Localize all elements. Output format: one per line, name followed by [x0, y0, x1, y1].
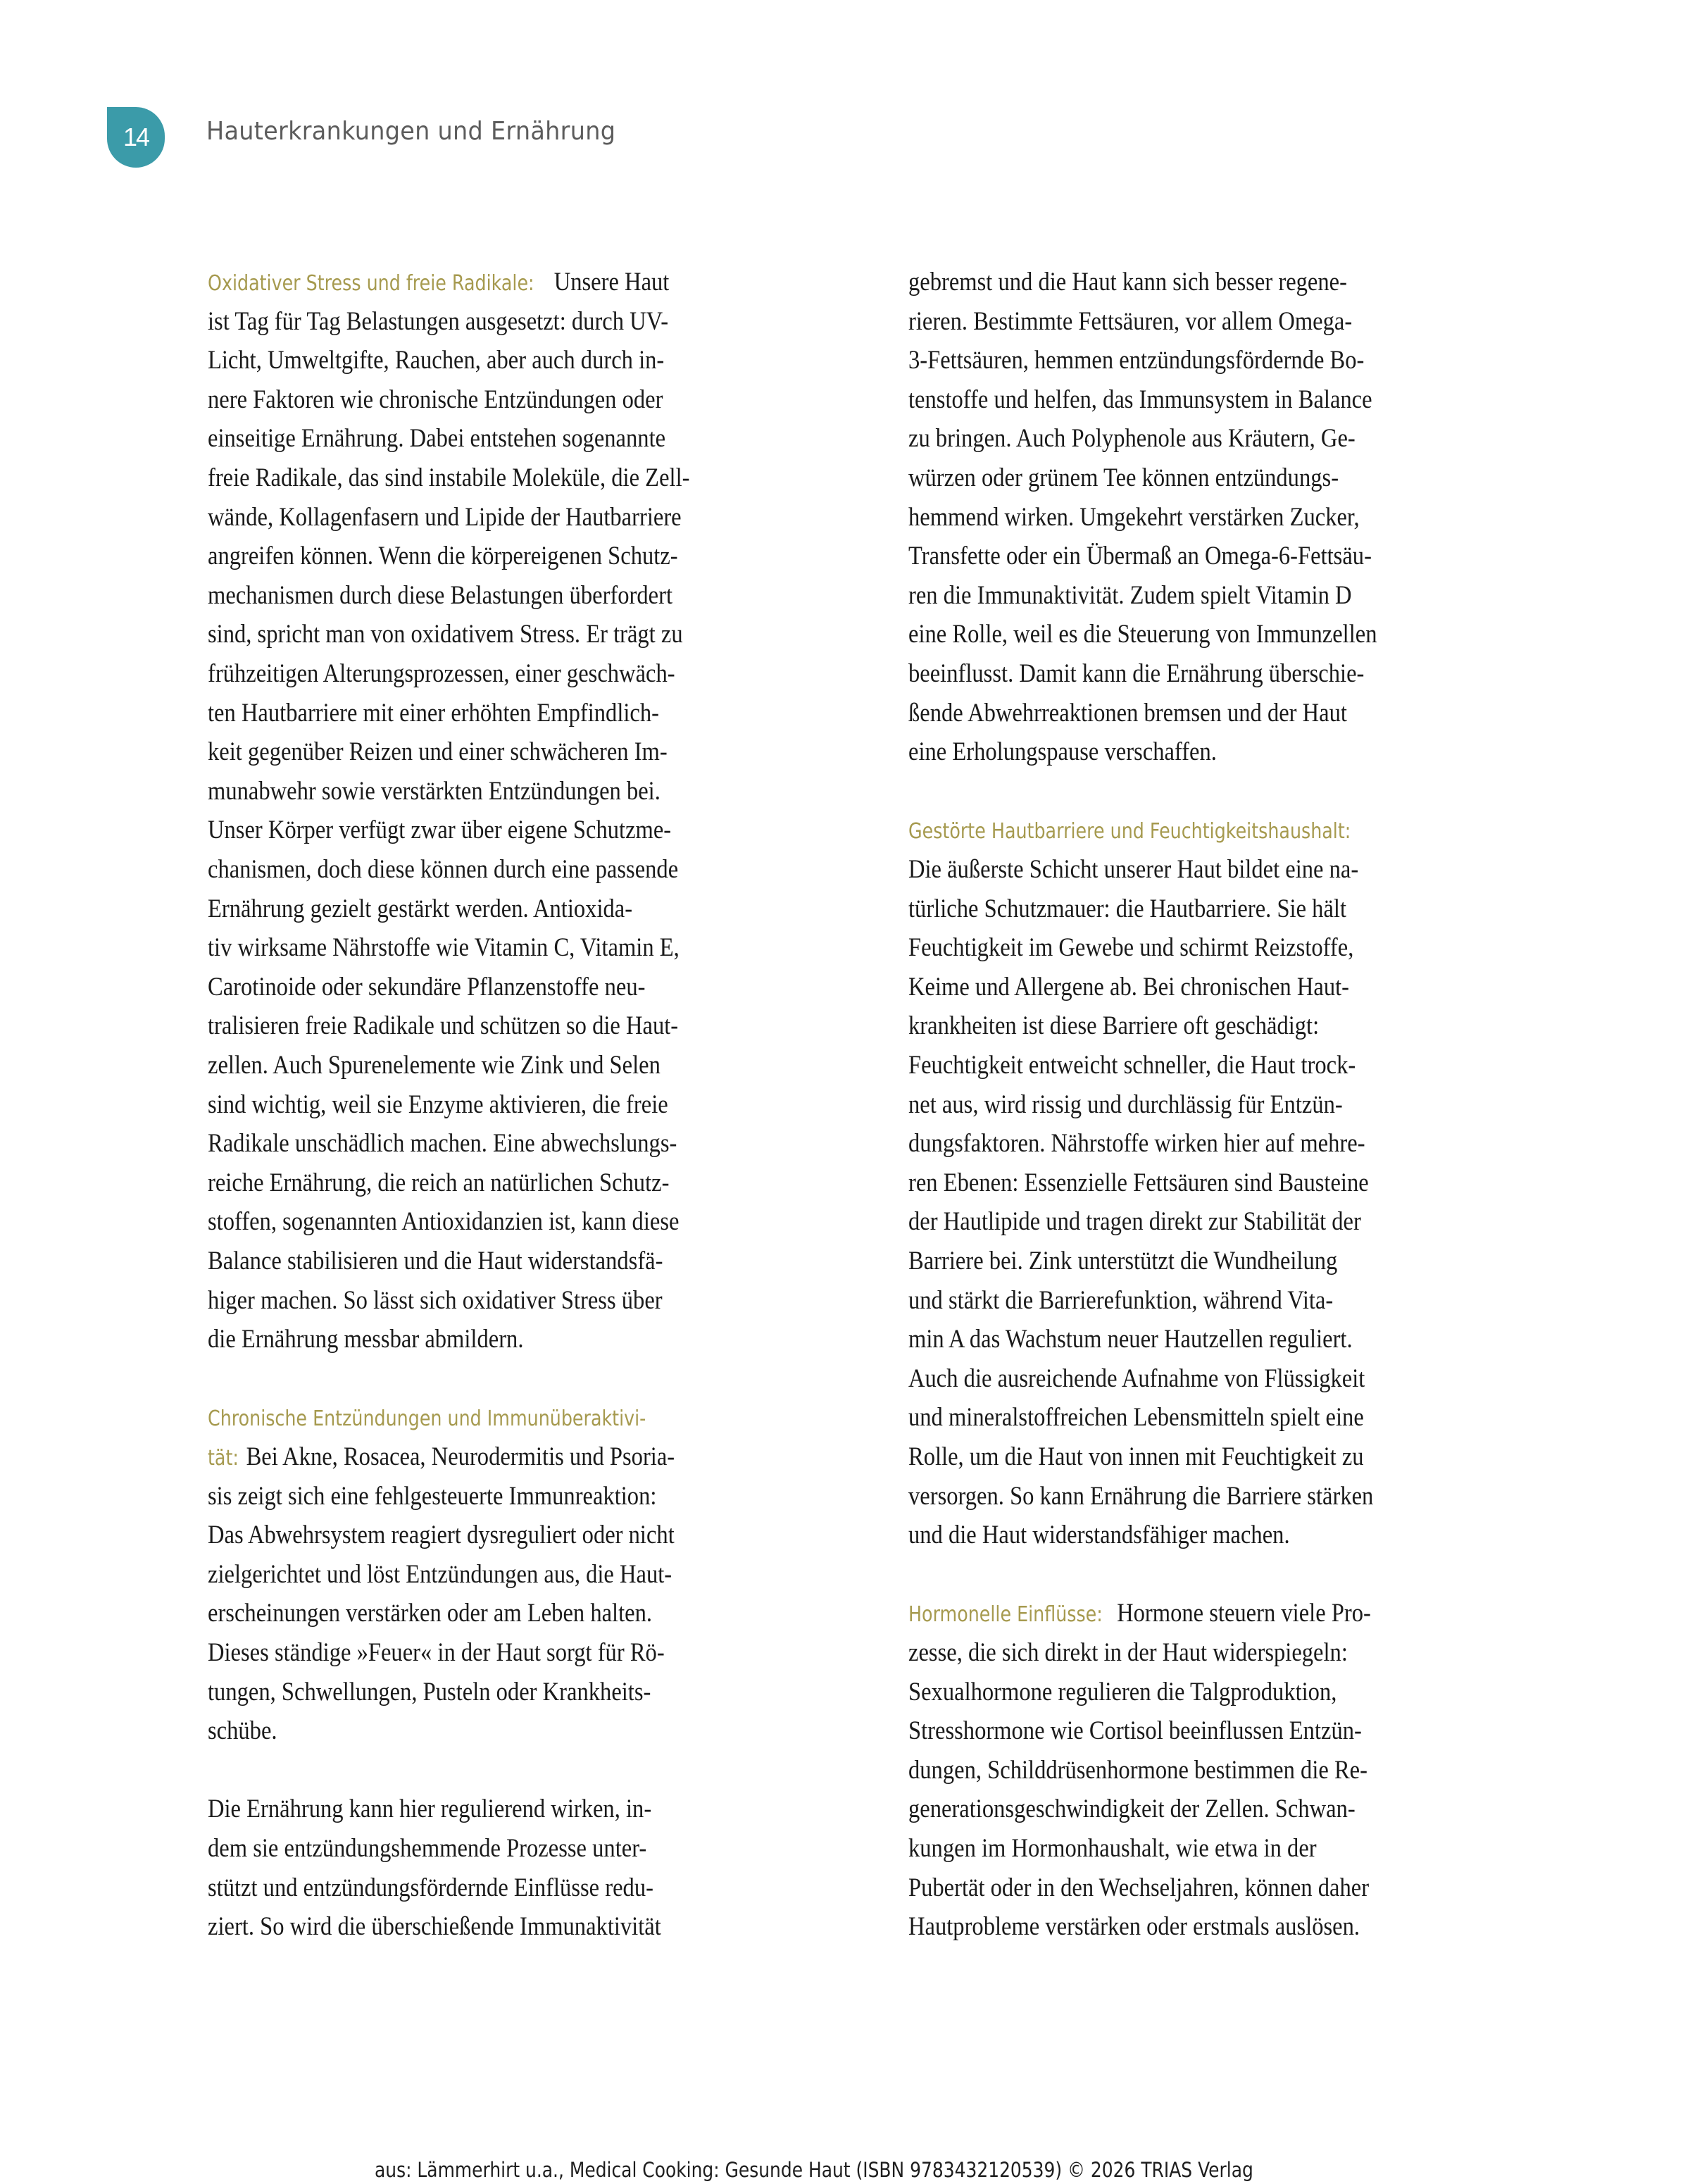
body-text: die Ernährung messbar abmildern.	[208, 1325, 523, 1354]
body-text-line: gebremst und die Haut kann sich besser r…	[908, 268, 1347, 297]
body-text: sind wichtig, weil sie Enzyme aktivieren…	[208, 1090, 668, 1119]
body-text: eine Erholungspause verschaffen.	[908, 737, 1217, 766]
body-text: Dieses ständige »Feuer« in der Haut sorg…	[208, 1638, 665, 1667]
body-text-line: Balance stabilisieren und die Haut wider…	[208, 1247, 663, 1275]
body-text-line: sis zeigt sich eine fehlgesteuerte Immun…	[208, 1483, 656, 1511]
body-text-line: tenstoffe und helfen, das Immunsystem in…	[908, 386, 1372, 414]
body-text-line: würzen oder grünem Tee können entzündung…	[908, 464, 1339, 492]
body-text-line: Die Ernährung kann hier regulierend wirk…	[208, 1795, 651, 1823]
body-text-line: keit gegenüber Reizen und einer schwäche…	[208, 738, 668, 766]
body-text: schübe.	[208, 1716, 277, 1745]
body-text: stützt und entzündungsfördernde Einflüss…	[208, 1873, 653, 1902]
body-text-line: türliche Schutzmauer: die Hautbarriere. …	[908, 895, 1346, 923]
section-heading-line: Oxidativer Stress und freie Radikale:Uns…	[208, 268, 669, 298]
body-text: Carotinoide oder sekundäre Pflanzenstoff…	[208, 973, 645, 1001]
body-text: zesse, die sich direkt in der Haut wider…	[908, 1638, 1348, 1667]
body-text: tiv wirksame Nährstoffe wie Vitamin C, V…	[208, 933, 680, 962]
body-text-line: frühzeitigen Alterungsprozessen, einer g…	[208, 660, 675, 688]
body-text: sind, spricht man von oxidativem Stress.…	[208, 620, 683, 649]
body-text-line: der Hautlipide und tragen direkt zur Sta…	[908, 1208, 1361, 1236]
body-text: higer machen. So lässt sich oxidativer S…	[208, 1286, 663, 1315]
body-text: dem sie entzündungshemmende Prozesse unt…	[208, 1834, 646, 1863]
body-text: Unser Körper verfügt zwar über eigene Sc…	[208, 816, 671, 844]
body-text: Feuchtigkeit im Gewebe und schirmt Reizs…	[908, 933, 1353, 962]
body-text-line: eine Rolle, weil es die Steuerung von Im…	[908, 620, 1377, 649]
body-text: beeinflusst. Damit kann die Ernährung üb…	[908, 659, 1364, 688]
body-text: nere Faktoren wie chronische Entzündunge…	[208, 385, 663, 414]
body-text-line: generationsgeschwindigkeit der Zellen. S…	[908, 1795, 1356, 1823]
body-text-line: Die äußerste Schicht unserer Haut bildet…	[908, 856, 1358, 884]
body-text-line: higer machen. So lässt sich oxidativer S…	[208, 1287, 663, 1315]
section-heading: Hormonelle Einflüsse:	[908, 1601, 1103, 1629]
body-text-line: versorgen. So kann Ernährung die Barrier…	[908, 1483, 1373, 1511]
body-text-line: Feuchtigkeit entweicht schneller, die Ha…	[908, 1052, 1356, 1080]
body-text-line: zu bringen. Auch Polyphenole aus Kräuter…	[908, 425, 1356, 453]
body-text-line: hemmend wirken. Umgekehrt verstärken Zuc…	[908, 504, 1360, 532]
body-text-line: rieren. Bestimmte Fettsäuren, vor allem …	[908, 308, 1352, 336]
body-text: min A das Wachstum neuer Hautzellen regu…	[908, 1325, 1353, 1354]
body-text: Transfette oder ein Übermaß an Omega-6-F…	[908, 542, 1372, 570]
section-heading: Chronische Entzündungen und Immunüberakt…	[208, 1405, 646, 1433]
body-text: reiche Ernährung, die reich an natürlich…	[208, 1168, 669, 1197]
body-text: Rolle, um die Haut von innen mit Feuchti…	[908, 1442, 1364, 1471]
body-text: rieren. Bestimmte Fettsäuren, vor allem …	[908, 307, 1352, 336]
body-text: ten Hautbarriere mit einer erhöhten Empf…	[208, 699, 659, 728]
body-text-line: krankheiten ist diese Barriere oft gesch…	[908, 1012, 1319, 1040]
body-text-line: zielgerichtet und löst Entzündungen aus,…	[208, 1561, 672, 1589]
section-heading-line: Hormonelle Einflüsse:Hormone steuern vie…	[908, 1599, 1371, 1629]
body-text: Unsere Haut	[554, 268, 670, 297]
body-text: zellen. Auch Spurenelemente wie Zink und…	[208, 1051, 661, 1080]
body-text-line: dungen, Schilddrüsenhormone bestimmen di…	[908, 1756, 1367, 1785]
body-text: wände, Kollagenfasern und Lipide der Hau…	[208, 503, 682, 532]
section-heading-line: Chronische Entzündungen und Immunüberakt…	[208, 1404, 670, 1433]
body-text: Die Ernährung kann hier regulierend wirk…	[208, 1795, 651, 1823]
body-text-line: eine Erholungspause verschaffen.	[908, 738, 1217, 766]
section-heading: Gestörte Hautbarriere und Feuchtigkeitsh…	[908, 818, 1351, 846]
body-text-line: chanismen, doch diese können durch eine …	[208, 856, 678, 884]
body-text-line: die Ernährung messbar abmildern.	[208, 1325, 523, 1354]
body-text-line: Transfette oder ein Übermaß an Omega-6-F…	[908, 542, 1372, 570]
running-head-title: Hauterkrankungen und Ernährung	[206, 117, 615, 146]
body-text-line: Das Abwehrsystem reagiert dysreguliert o…	[208, 1521, 675, 1549]
body-text: Das Abwehrsystem reagiert dysreguliert o…	[208, 1521, 675, 1549]
body-text: ren Ebenen: Essenzielle Fettsäuren sind …	[908, 1168, 1369, 1197]
section-heading: Oxidativer Stress und freie Radikale:	[208, 270, 534, 298]
body-text: eine Rolle, weil es die Steuerung von Im…	[908, 620, 1377, 649]
body-text: tungen, Schwellungen, Pusteln oder Krank…	[208, 1678, 651, 1706]
body-text: angreifen können. Wenn die körpereigenen…	[208, 542, 678, 570]
body-text: Die äußerste Schicht unserer Haut bildet…	[908, 855, 1358, 884]
body-text: tenstoffe und helfen, das Immunsystem in…	[908, 385, 1372, 414]
body-text-line: ren Ebenen: Essenzielle Fettsäuren sind …	[908, 1169, 1369, 1197]
body-text-line: schübe.	[208, 1717, 277, 1745]
body-text-line: Rolle, um die Haut von innen mit Feuchti…	[908, 1443, 1364, 1471]
body-text: Hautprobleme verstärken oder erstmals au…	[908, 1912, 1360, 1941]
body-text: türliche Schutzmauer: die Hautbarriere. …	[908, 894, 1346, 923]
body-text-line: 3-Fettsäuren, hemmen entzündungsfördernd…	[908, 347, 1364, 375]
body-text: generationsgeschwindigkeit der Zellen. S…	[908, 1795, 1356, 1823]
body-text: Barriere bei. Zink unterstützt die Wundh…	[908, 1247, 1337, 1275]
body-text-line: beeinflusst. Damit kann die Ernährung üb…	[908, 660, 1364, 688]
body-text-line: reiche Ernährung, die reich an natürlich…	[208, 1169, 669, 1197]
body-text-line: und stärkt die Barrierefunktion, während…	[908, 1287, 1333, 1315]
section-heading: tät:	[208, 1444, 239, 1473]
source-citation-footer: aus: Lämmerhirt u.a., Medical Cooking: G…	[375, 2158, 1253, 2182]
body-text-line: sind, spricht man von oxidativem Stress.…	[208, 620, 683, 649]
body-text-line: dungsfaktoren. Nährstoffe wirken hier au…	[908, 1130, 1365, 1158]
body-text: krankheiten ist diese Barriere oft gesch…	[908, 1011, 1319, 1040]
body-text: dungen, Schilddrüsenhormone bestimmen di…	[908, 1756, 1367, 1785]
body-text-line: einseitige Ernährung. Dabei entstehen so…	[208, 425, 665, 453]
body-text-line: min A das Wachstum neuer Hautzellen regu…	[908, 1325, 1353, 1354]
body-text: Ernährung gezielt gestärkt werden. Antio…	[208, 894, 632, 923]
body-text-line: Carotinoide oder sekundäre Pflanzenstoff…	[208, 973, 645, 1001]
body-text: ren die Immunaktivität. Zudem spielt Vit…	[908, 581, 1352, 610]
body-text: stoffen, sogenannten Antioxidanzien ist,…	[208, 1207, 679, 1236]
body-text-line: Hautprobleme verstärken oder erstmals au…	[908, 1913, 1360, 1941]
body-text: freie Radikale, das sind instabile Molek…	[208, 463, 689, 492]
body-text: hemmend wirken. Umgekehrt verstärken Zuc…	[908, 503, 1360, 532]
body-text: Radikale unschädlich machen. Eine abwech…	[208, 1129, 677, 1158]
body-text: und die Haut widerstandsfähiger machen.	[908, 1521, 1290, 1549]
body-text: Balance stabilisieren und die Haut wider…	[208, 1247, 663, 1275]
body-text: ßende Abwehrreaktionen bremsen und der H…	[908, 699, 1347, 728]
body-text: Bei Akne, Rosacea, Neurodermitis und Pso…	[246, 1442, 675, 1471]
body-text: chanismen, doch diese können durch eine …	[208, 855, 678, 884]
body-text-line: Sexualhormone regulieren die Talgprodukt…	[908, 1678, 1337, 1706]
body-text: und stärkt die Barrierefunktion, während…	[908, 1286, 1333, 1315]
body-text-line: Pubertät oder in den Wechseljahren, könn…	[908, 1874, 1369, 1902]
body-text: Stresshormone wie Cortisol beeinflussen …	[908, 1716, 1362, 1745]
body-text-line: ten Hautbarriere mit einer erhöhten Empf…	[208, 699, 659, 728]
body-text-line: angreifen können. Wenn die körpereigenen…	[208, 542, 678, 570]
body-text-line: tralisieren freie Radikale und schützen …	[208, 1012, 678, 1040]
body-text: 3-Fettsäuren, hemmen entzündungsfördernd…	[908, 346, 1364, 375]
body-text: net aus, wird rissig und durchlässig für…	[908, 1090, 1343, 1119]
body-text: versorgen. So kann Ernährung die Barrier…	[908, 1482, 1373, 1511]
body-text: kungen im Hormonhaushalt, wie etwa in de…	[908, 1834, 1317, 1863]
body-text-line: Keime und Allergene ab. Bei chronischen …	[908, 973, 1349, 1001]
body-text: keit gegenüber Reizen und einer schwäche…	[208, 737, 668, 766]
body-text-line: dem sie entzündungshemmende Prozesse unt…	[208, 1835, 646, 1863]
body-text-line: wände, Kollagenfasern und Lipide der Hau…	[208, 504, 682, 532]
section-heading-line: Gestörte Hautbarriere und Feuchtigkeitsh…	[908, 816, 1375, 846]
body-text: würzen oder grünem Tee können entzündung…	[908, 463, 1339, 492]
body-text-line: Radikale unschädlich machen. Eine abwech…	[208, 1130, 677, 1158]
body-text-line: Barriere bei. Zink unterstützt die Wundh…	[908, 1247, 1337, 1275]
body-text-line: zesse, die sich direkt in der Haut wider…	[908, 1639, 1348, 1667]
body-text-line: sind wichtig, weil sie Enzyme aktivieren…	[208, 1091, 668, 1119]
page-number-badge: 14	[107, 107, 165, 168]
body-text: erscheinungen verstärken oder am Leben h…	[208, 1599, 652, 1628]
body-text-line: Feuchtigkeit im Gewebe und schirmt Reizs…	[908, 934, 1353, 962]
body-text: tralisieren freie Radikale und schützen …	[208, 1011, 678, 1040]
body-text: einseitige Ernährung. Dabei entstehen so…	[208, 424, 665, 453]
body-text-line: Licht, Umweltgifte, Rauchen, aber auch d…	[208, 347, 664, 375]
body-text: zielgerichtet und löst Entzündungen aus,…	[208, 1560, 672, 1589]
body-text-line: Auch die ausreichende Aufnahme von Flüss…	[908, 1365, 1365, 1393]
body-text: Licht, Umweltgifte, Rauchen, aber auch d…	[208, 346, 664, 375]
body-text-line: tiv wirksame Nährstoffe wie Vitamin C, V…	[208, 934, 680, 962]
body-text-line: ren die Immunaktivität. Zudem spielt Vit…	[908, 582, 1352, 610]
body-text: und mineralstoffreichen Lebensmitteln sp…	[908, 1403, 1364, 1432]
body-text-line: ziert. So wird die überschießende Immuna…	[208, 1913, 661, 1941]
body-text-line: stützt und entzündungsfördernde Einflüss…	[208, 1874, 653, 1902]
body-text-line: erscheinungen verstärken oder am Leben h…	[208, 1599, 652, 1628]
body-text-line: ßende Abwehrreaktionen bremsen und der H…	[908, 699, 1347, 728]
body-text-line: Ernährung gezielt gestärkt werden. Antio…	[208, 895, 632, 923]
body-text-line: tungen, Schwellungen, Pusteln oder Krank…	[208, 1678, 651, 1706]
body-text-line: munabwehr sowie verstärkten Entzündungen…	[208, 778, 661, 806]
body-text: Hormone steuern viele Pro-	[1117, 1599, 1371, 1628]
body-text: Sexualhormone regulieren die Talgprodukt…	[908, 1678, 1337, 1706]
body-text: ziert. So wird die überschießende Immuna…	[208, 1912, 661, 1941]
body-text: Feuchtigkeit entweicht schneller, die Ha…	[908, 1051, 1356, 1080]
body-text: zu bringen. Auch Polyphenole aus Kräuter…	[908, 424, 1356, 453]
page-number: 14	[123, 123, 149, 152]
body-text: gebremst und die Haut kann sich besser r…	[908, 268, 1347, 297]
body-text-line: und die Haut widerstandsfähiger machen.	[908, 1521, 1290, 1549]
body-text: dungsfaktoren. Nährstoffe wirken hier au…	[908, 1129, 1365, 1158]
body-text-line: net aus, wird rissig und durchlässig für…	[908, 1091, 1343, 1119]
body-text: Pubertät oder in den Wechseljahren, könn…	[908, 1873, 1369, 1902]
body-text-line: ist Tag für Tag Belastungen ausgesetzt: …	[208, 308, 668, 336]
body-text-line: Stresshormone wie Cortisol beeinflussen …	[908, 1717, 1362, 1745]
body-text: Auch die ausreichende Aufnahme von Flüss…	[908, 1364, 1365, 1393]
body-text: frühzeitigen Alterungsprozessen, einer g…	[208, 659, 675, 688]
body-text-line: nere Faktoren wie chronische Entzündunge…	[208, 386, 663, 414]
section-heading-line: tät:Bei Akne, Rosacea, Neurodermitis und…	[208, 1443, 675, 1473]
body-text: ist Tag für Tag Belastungen ausgesetzt: …	[208, 307, 668, 336]
body-text-line: mechanismen durch diese Belastungen über…	[208, 582, 672, 610]
body-text: sis zeigt sich eine fehlgesteuerte Immun…	[208, 1482, 656, 1511]
body-text-line: freie Radikale, das sind instabile Molek…	[208, 464, 689, 492]
body-text-line: kungen im Hormonhaushalt, wie etwa in de…	[908, 1835, 1317, 1863]
body-text-line: stoffen, sogenannten Antioxidanzien ist,…	[208, 1208, 679, 1236]
body-text: mechanismen durch diese Belastungen über…	[208, 581, 672, 610]
body-text-line: und mineralstoffreichen Lebensmitteln sp…	[908, 1404, 1364, 1432]
body-text: munabwehr sowie verstärkten Entzündungen…	[208, 777, 661, 806]
body-text-line: Dieses ständige »Feuer« in der Haut sorg…	[208, 1639, 665, 1667]
body-text-line: Unser Körper verfügt zwar über eigene Sc…	[208, 816, 671, 844]
body-text: der Hautlipide und tragen direkt zur Sta…	[908, 1207, 1361, 1236]
body-text: Keime und Allergene ab. Bei chronischen …	[908, 973, 1349, 1001]
body-text-line: zellen. Auch Spurenelemente wie Zink und…	[208, 1052, 661, 1080]
